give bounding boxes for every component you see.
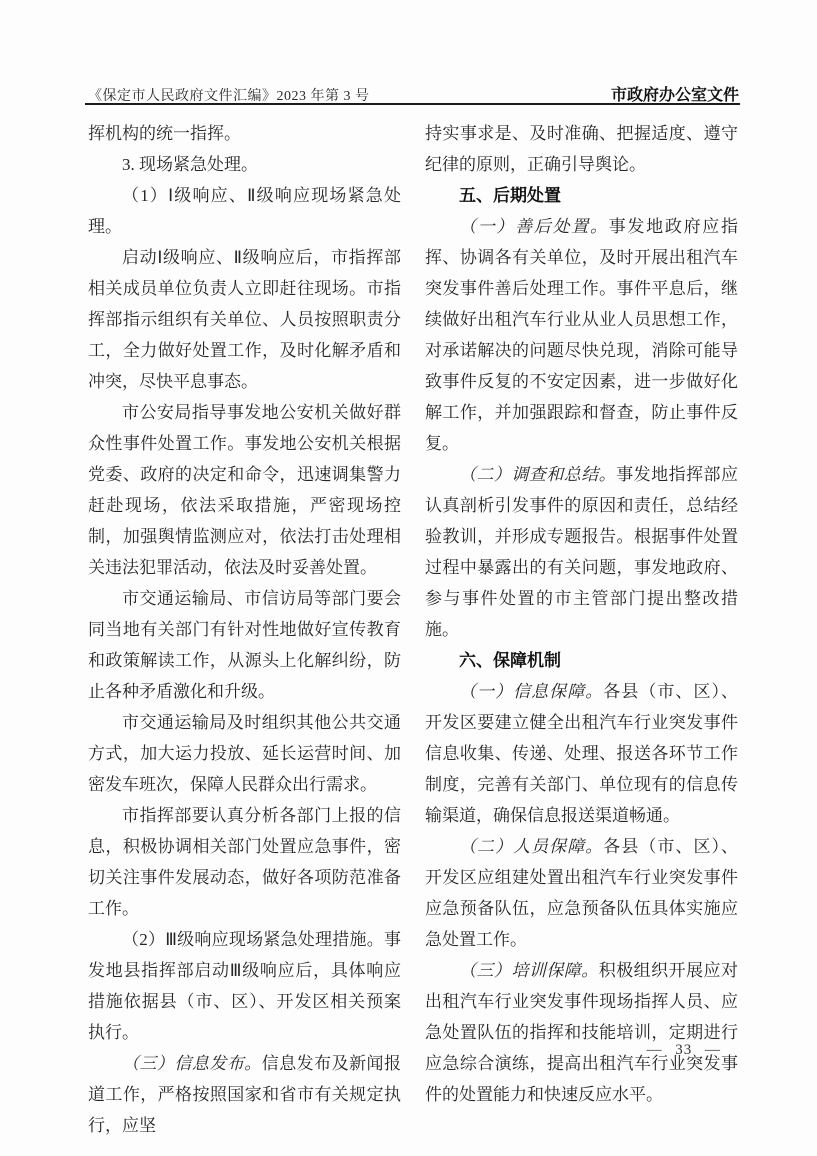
paragraph: 启动Ⅰ级响应、Ⅱ级响应后，市指挥部相关成员单位负责人立即赶往现场。市指挥部指示组… <box>88 242 401 397</box>
paragraph: 市交通运输局及时组织其他公共交通方式，加大运力投放、延长运营时间、加密发车班次，… <box>88 707 401 800</box>
paragraph-lead: （二）调查和总结。 <box>459 465 616 484</box>
right-column: 持实事求是、及时准确、把握适度、遵守纪律的原则，正确引导舆论。 五、后期处置 （… <box>425 118 738 1141</box>
paragraph: （1）Ⅰ级响应、Ⅱ级响应现场紧急处理。 <box>88 180 401 242</box>
section-heading: 六、保障机制 <box>425 645 738 676</box>
paragraph: （2）Ⅲ级响应现场紧急处理措施。事发地县指挥部启动Ⅲ级响应后，具体响应措施依据县… <box>88 924 401 1048</box>
paragraph: 市指挥部要认真分析各部门上报的信息，积极协调相关部门处置应急事件，密切关注事件发… <box>88 800 401 924</box>
paragraph: 市公安局指导事发地公安机关做好群众性事件处置工作。事发地公安机关根据党委、政府的… <box>88 397 401 583</box>
header-left-title: 《保定市人民政府文件汇编》2023 年第 3 号 <box>88 85 370 105</box>
paragraph: （一）善后处置。事发地政府应指挥、协调各有关单位，及时开展出租汽车突发事件善后处… <box>425 211 738 459</box>
paragraph: （二）调查和总结。事发地指挥部应认真剖析引发事件的原因和责任，总结经验教训，并形… <box>425 459 738 645</box>
paragraph-lead: （三）培训保障。 <box>459 961 599 980</box>
paragraph-lead: （一）信息保障。 <box>459 682 603 701</box>
document-page: 《保定市人民政府文件汇编》2023 年第 3 号 市政府办公室文件 挥机构的统一… <box>0 0 817 1156</box>
document-body: 挥机构的统一指挥。 3. 现场紧急处理。 （1）Ⅰ级响应、Ⅱ级响应现场紧急处理。… <box>88 118 739 1141</box>
paragraph-lead: （三）信息发布。 <box>122 1054 262 1073</box>
paragraph: 市交通运输局、市信访局等部门要会同当地有关部门有针对性地做好宣传教育和政策解读工… <box>88 583 401 707</box>
paragraph: （三）培训保障。积极组织开展应对出租汽车行业突发事件现场指挥人员、应急处置队伍的… <box>425 955 738 1110</box>
left-column: 挥机构的统一指挥。 3. 现场紧急处理。 （1）Ⅰ级响应、Ⅱ级响应现场紧急处理。… <box>88 118 401 1141</box>
paragraph-text: 事发地指挥部应认真剖析引发事件的原因和责任，总结经验教训，并形成专题报告。根据事… <box>425 465 738 639</box>
paragraph: 3. 现场紧急处理。 <box>88 149 401 180</box>
paragraph-lead: （二）人员保障。 <box>459 837 603 856</box>
paragraph: 挥机构的统一指挥。 <box>88 118 401 149</box>
paragraph: （三）信息发布。信息发布及新闻报道工作，严格按照国家和省市有关规定执行，应坚 <box>88 1048 401 1141</box>
section-heading: 五、后期处置 <box>425 180 738 211</box>
header-rule <box>85 103 740 105</box>
paragraph: （一）信息保障。各县（市、区）、开发区要建立健全出租汽车行业突发事件信息收集、传… <box>425 676 738 831</box>
paragraph-text: 积极组织开展应对出租汽车行业突发事件现场指挥人员、应急处置队伍的指挥和技能培训，… <box>425 961 738 1104</box>
page-number: — 33 — <box>647 1042 722 1059</box>
paragraph: （二）人员保障。各县（市、区）、开发区应组建处置出租汽车行业突发事件应急预备队伍… <box>425 831 738 955</box>
header-right-title: 市政府办公室文件 <box>611 82 739 105</box>
paragraph-text: 各县（市、区）、开发区要建立健全出租汽车行业突发事件信息收集、传递、处理、报送各… <box>425 682 738 825</box>
paragraph: 持实事求是、及时准确、把握适度、遵守纪律的原则，正确引导舆论。 <box>425 118 738 180</box>
page-header: 《保定市人民政府文件汇编》2023 年第 3 号 市政府办公室文件 <box>88 82 739 105</box>
paragraph-text: 事发地政府应指挥、协调各有关单位，及时开展出租汽车突发事件善后处理工作。事件平息… <box>425 217 738 453</box>
paragraph-lead: （一）善后处置。 <box>459 217 609 236</box>
